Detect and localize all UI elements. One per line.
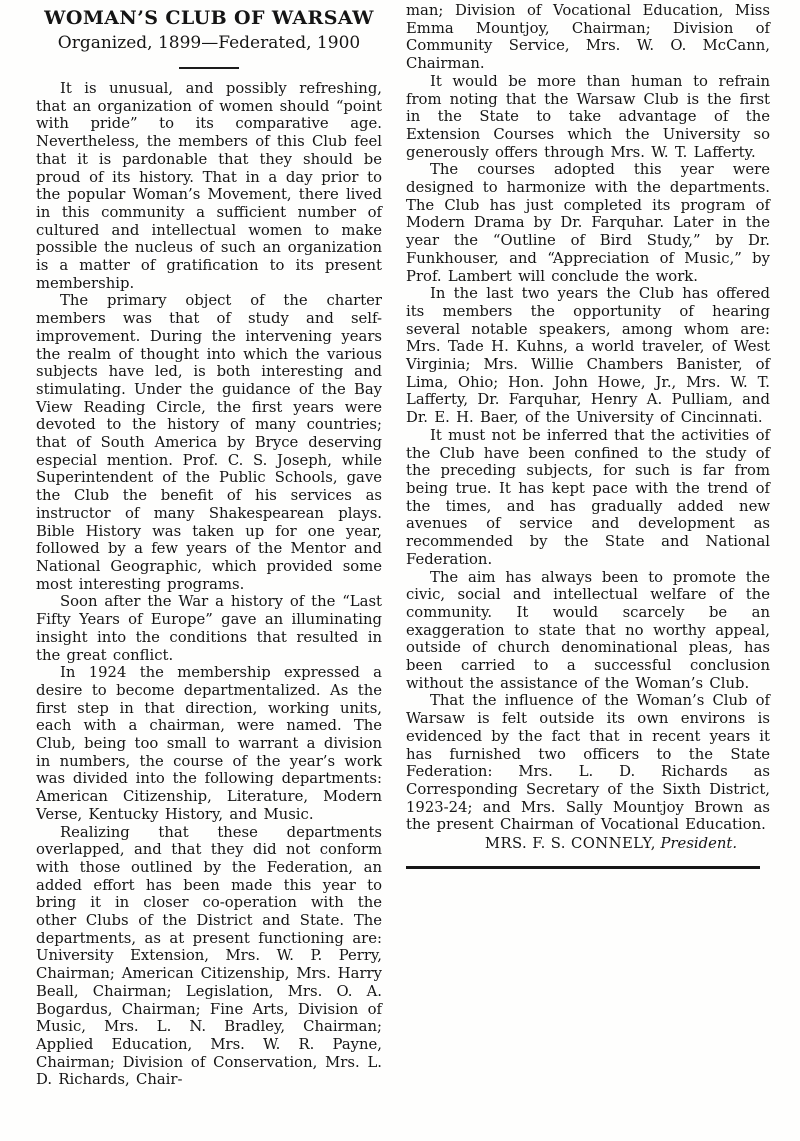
- paragraph-after-the-war: Soon after the War a history of the “Las…: [36, 593, 382, 664]
- paragraph-club-aim: The aim has always been to promote the c…: [406, 569, 770, 693]
- page-title: WOMAN’S CLUB OF WARSAW: [36, 6, 382, 30]
- signature-name: MRS. F. S. CONNELY,: [485, 835, 656, 852]
- title-divider: [179, 67, 239, 69]
- paragraph-primary-object: The primary object of the charter member…: [36, 292, 382, 593]
- signature-line: MRS. F. S. CONNELY, President.: [406, 835, 770, 853]
- paragraph-notable-speakers: In the last two years the Club has offer…: [406, 285, 770, 427]
- paragraph-departments-list: Realizing that these departments overlap…: [36, 824, 382, 1090]
- paragraph-1924-departments: In 1924 the membership expressed a desir…: [36, 664, 382, 823]
- left-column: WOMAN’S CLUB OF WARSAW Organized, 1899—F…: [36, 6, 382, 1089]
- paragraph-intro: It is unusual, and possibly refreshing, …: [36, 80, 382, 292]
- scanned-document-page: WOMAN’S CLUB OF WARSAW Organized, 1899—F…: [0, 0, 800, 1141]
- paragraph-kept-pace: It must not be inferred that the activit…: [406, 427, 770, 569]
- masthead: WOMAN’S CLUB OF WARSAW Organized, 1899—F…: [36, 6, 382, 69]
- paragraph-departments-continued: man; Division of Vocational Education, M…: [406, 2, 770, 73]
- paragraph-influence-outside: That the influence of the Woman’s Club o…: [406, 692, 770, 834]
- paragraph-courses-adopted: The courses adopted this year were desig…: [406, 161, 770, 285]
- bottom-rule: [406, 866, 760, 869]
- right-column: man; Division of Vocational Education, M…: [406, 2, 770, 869]
- paragraph-extension-courses: It would be more than human to refrain f…: [406, 73, 770, 162]
- page-subtitle: Organized, 1899—Federated, 1900: [36, 32, 382, 54]
- signature-role: President.: [661, 835, 738, 852]
